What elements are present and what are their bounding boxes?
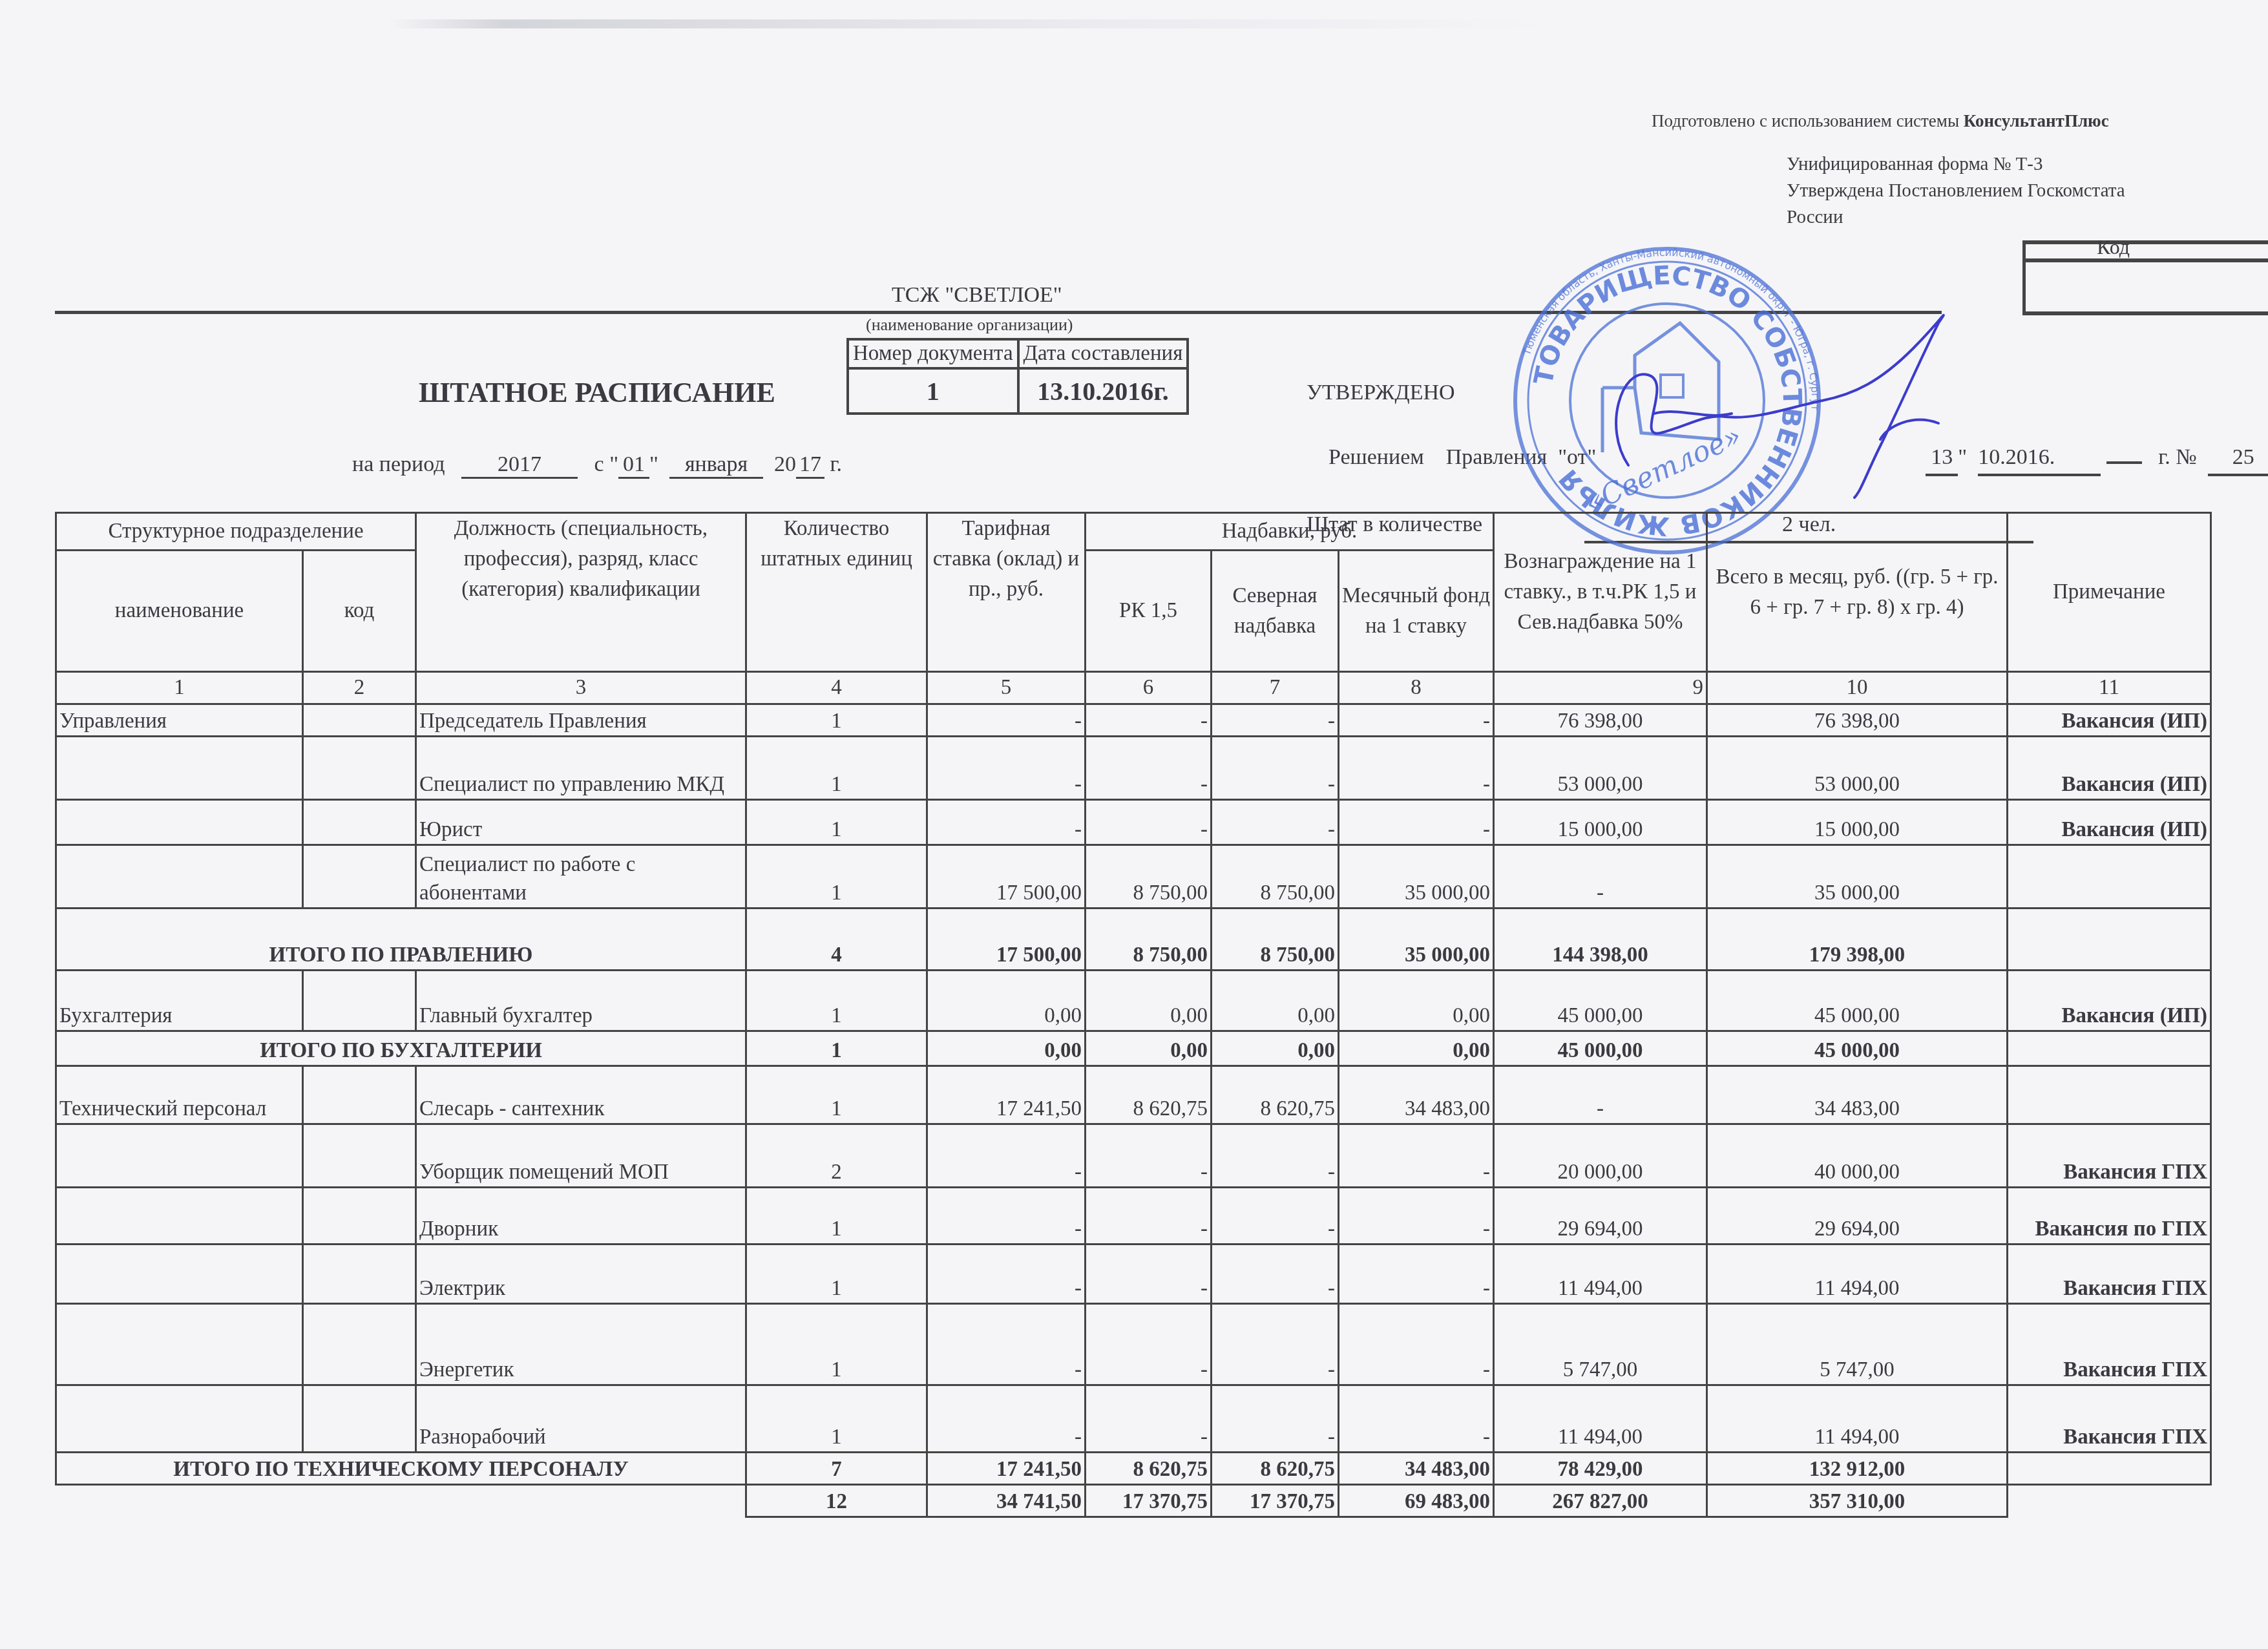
reward-cell: 45 000,00 xyxy=(1494,1031,1707,1066)
doc-number-label: Номер документа xyxy=(848,339,1018,368)
total-cell: 53 000,00 xyxy=(1707,737,2008,800)
total-cell: 179 398,00 xyxy=(1707,909,2008,971)
count-cell: 1 xyxy=(746,1066,927,1124)
monthly-fund-cell: 0,00 xyxy=(1339,971,1494,1031)
subtotal-label: ИТОГО ПО БУХГАЛТЕРИИ xyxy=(56,1031,746,1066)
unit-code-cell xyxy=(303,971,416,1031)
monthly-fund-cell: - xyxy=(1339,800,1494,845)
table-row: Технический персоналСлесарь - сантехник1… xyxy=(56,1066,2211,1124)
subtotal-row: ИТОГО ПО ТЕХНИЧЕСКОМУ ПЕРСОНАЛУ717 241,5… xyxy=(56,1453,2211,1485)
decision-number: 25 xyxy=(2208,441,2268,476)
doc-number: 1 xyxy=(848,368,1018,414)
doc-date: 13.10.2016г. xyxy=(1018,368,1188,414)
north-allowance-cell: - xyxy=(1212,1245,1339,1304)
period-year: 2017 xyxy=(461,452,578,479)
tariff-cell: - xyxy=(927,737,1086,800)
monthly-fund-cell: - xyxy=(1339,704,1494,737)
note-cell xyxy=(2008,909,2211,971)
period-day: 01 xyxy=(618,452,649,479)
form-line: Утверждена Постановлением Госкомстата xyxy=(1787,178,2125,204)
north-allowance-cell: 0,00 xyxy=(1212,971,1339,1031)
header-allowances: Надбавки, руб. xyxy=(1086,513,1494,551)
rk-cell: 8 620,75 xyxy=(1086,1453,1212,1485)
north-allowance-cell: - xyxy=(1212,1304,1339,1385)
total-cell: 11 494,00 xyxy=(1707,1385,2008,1453)
total-cell: 45 000,00 xyxy=(1707,1031,2008,1066)
tariff-cell: - xyxy=(927,704,1086,737)
divider xyxy=(2026,258,2268,262)
reward-cell: 11 494,00 xyxy=(1494,1385,1707,1453)
column-number: 9 xyxy=(1494,672,1707,704)
subtotal-label: ИТОГО ПО ПРАВЛЕНИЮ xyxy=(56,909,746,971)
note-cell: Вакансия (ИП) xyxy=(2008,704,2211,737)
total-cell: 357 310,00 xyxy=(1707,1485,2008,1517)
north-allowance-cell: 8 620,75 xyxy=(1212,1066,1339,1124)
table-row: Энергетик1----5 747,005 747,00Вакансия Г… xyxy=(56,1304,2211,1385)
note-cell: Вакансия ГПХ xyxy=(2008,1385,2211,1453)
reward-cell: - xyxy=(1494,845,1707,909)
header-monthly: Месячный фонд на 1 ставку xyxy=(1339,551,1494,672)
document-info-table: Номер документа Дата составления 1 13.10… xyxy=(846,338,1189,415)
monthly-fund-cell: - xyxy=(1339,1385,1494,1453)
table-row: Электрик1----11 494,0011 494,00Вакансия … xyxy=(56,1245,2211,1304)
form-meta: Унифицированная форма № Т-3 Утверждена П… xyxy=(1787,151,2125,231)
doc-date-label: Дата составления xyxy=(1018,339,1188,368)
header-rk: РК 1,5 xyxy=(1086,551,1212,672)
rk-cell: 8 750,00 xyxy=(1086,845,1212,909)
unit-code-cell xyxy=(303,800,416,845)
unit-code-cell xyxy=(303,845,416,909)
position-cell: Юрист xyxy=(416,800,746,845)
empty-cell xyxy=(2008,1485,2211,1517)
rk-cell: - xyxy=(1086,737,1212,800)
subtotal-row: ИТОГО ПО БУХГАЛТЕРИИ10,000,000,000,0045 … xyxy=(56,1031,2211,1066)
rk-cell: 0,00 xyxy=(1086,971,1212,1031)
total-cell: 76 398,00 xyxy=(1707,704,2008,737)
reward-cell: 45 000,00 xyxy=(1494,971,1707,1031)
count-cell: 1 xyxy=(746,1245,927,1304)
form-line: Унифицированная форма № Т-3 xyxy=(1787,151,2125,178)
unit-code-cell xyxy=(303,704,416,737)
quote: " xyxy=(649,452,658,476)
north-allowance-cell: 8 750,00 xyxy=(1212,845,1339,909)
note-cell: Вакансия ГПХ xyxy=(2008,1245,2211,1304)
rk-cell: 8 620,75 xyxy=(1086,1066,1212,1124)
north-allowance-cell: - xyxy=(1212,800,1339,845)
unit-code-cell xyxy=(303,1188,416,1245)
monthly-fund-cell: 34 483,00 xyxy=(1339,1453,1494,1485)
period-month: января xyxy=(669,452,763,479)
position-cell: Энергетик xyxy=(416,1304,746,1385)
position-cell: Уборщик помещений МОП xyxy=(416,1124,746,1188)
north-allowance-cell: - xyxy=(1212,1188,1339,1245)
unit-code-cell xyxy=(303,737,416,800)
position-cell: Председатель Правления xyxy=(416,704,746,737)
note-cell xyxy=(2008,1453,2211,1485)
total-cell: 5 747,00 xyxy=(1707,1304,2008,1385)
rk-cell: - xyxy=(1086,1245,1212,1304)
monthly-fund-cell: - xyxy=(1339,737,1494,800)
monthly-fund-cell: 35 000,00 xyxy=(1339,909,1494,971)
unit-name-cell xyxy=(56,737,303,800)
count-cell: 4 xyxy=(746,909,927,971)
unit-code-cell xyxy=(303,1124,416,1188)
north-allowance-cell: - xyxy=(1212,704,1339,737)
header-unit-code: код xyxy=(303,551,416,672)
north-allowance-cell: 17 370,75 xyxy=(1212,1485,1339,1517)
decision-number-label: г. № xyxy=(2158,445,2197,469)
code-box: Код xyxy=(2022,240,2268,315)
count-cell: 1 xyxy=(746,845,927,909)
count-cell: 7 xyxy=(746,1453,927,1485)
total-cell: 34 483,00 xyxy=(1707,1066,2008,1124)
rk-cell: 0,00 xyxy=(1086,1031,1212,1066)
count-cell: 1 xyxy=(746,1304,927,1385)
header-total: Всего в месяц, руб. ((гр. 5 + гр. 6 + гр… xyxy=(1707,513,2008,672)
monthly-fund-cell: - xyxy=(1339,1188,1494,1245)
tariff-cell: 17 500,00 xyxy=(927,845,1086,909)
organization-caption: (наименование организации) xyxy=(866,315,1073,335)
total-cell: 45 000,00 xyxy=(1707,971,2008,1031)
reward-cell: 15 000,00 xyxy=(1494,800,1707,845)
unit-name-cell xyxy=(56,1188,303,1245)
unit-name-cell xyxy=(56,1245,303,1304)
unit-name-cell: Бухгалтерия xyxy=(56,971,303,1031)
consultant-prefix: Подготовлено с использованием системы xyxy=(1652,111,1964,131)
grand-total-row: 1234 741,5017 370,7517 370,7569 483,0026… xyxy=(56,1485,2211,1517)
header-note: Примечание xyxy=(2008,513,2211,672)
rk-cell: - xyxy=(1086,800,1212,845)
count-cell: 2 xyxy=(746,1124,927,1188)
subtotal-label: ИТОГО ПО ТЕХНИЧЕСКОМУ ПЕРСОНАЛУ xyxy=(56,1453,746,1485)
count-cell: 1 xyxy=(746,971,927,1031)
header-structural-unit: Структурное подразделение xyxy=(56,513,416,551)
unit-code-cell xyxy=(303,1304,416,1385)
north-allowance-cell: - xyxy=(1212,1385,1339,1453)
consultant-note: Подготовлено с использованием системы Ко… xyxy=(1652,111,2109,131)
column-number: 6 xyxy=(1086,672,1212,704)
position-cell: Разнорабочий xyxy=(416,1385,746,1453)
tariff-cell: - xyxy=(927,1304,1086,1385)
unit-name-cell xyxy=(56,800,303,845)
count-cell: 12 xyxy=(746,1485,927,1517)
monthly-fund-cell: 34 483,00 xyxy=(1339,1066,1494,1124)
tariff-cell: - xyxy=(927,1245,1086,1304)
monthly-fund-cell: - xyxy=(1339,1304,1494,1385)
note-cell: Вакансия (ИП) xyxy=(2008,800,2211,845)
table-row: Дворник1----29 694,0029 694,00Вакансия п… xyxy=(56,1188,2211,1245)
staffing-table: Структурное подразделение Должность (спе… xyxy=(55,512,2212,1518)
rk-cell: - xyxy=(1086,704,1212,737)
tariff-cell: - xyxy=(927,1385,1086,1453)
divider xyxy=(2026,311,2268,315)
column-number: 7 xyxy=(1212,672,1339,704)
header-position: Должность (специальность, профессия), ра… xyxy=(416,513,746,672)
reward-cell: - xyxy=(1494,1066,1707,1124)
monthly-fund-cell: 69 483,00 xyxy=(1339,1485,1494,1517)
total-cell: 11 494,00 xyxy=(1707,1245,2008,1304)
reward-cell: 78 429,00 xyxy=(1494,1453,1707,1485)
total-cell: 132 912,00 xyxy=(1707,1453,2008,1485)
tariff-cell: - xyxy=(927,800,1086,845)
count-cell: 1 xyxy=(746,1031,927,1066)
tariff-cell: 17 241,50 xyxy=(927,1066,1086,1124)
unit-code-cell xyxy=(303,1245,416,1304)
monthly-fund-cell: 35 000,00 xyxy=(1339,845,1494,909)
tariff-cell: 17 241,50 xyxy=(927,1453,1086,1485)
unit-code-cell xyxy=(303,1385,416,1453)
position-cell: Дворник xyxy=(416,1188,746,1245)
position-cell: Слесарь - сантехник xyxy=(416,1066,746,1124)
code-label: Код xyxy=(2097,235,2130,259)
north-allowance-cell: 8 620,75 xyxy=(1212,1453,1339,1485)
unit-name-cell: Технический персонал xyxy=(56,1066,303,1124)
reward-cell: 144 398,00 xyxy=(1494,909,1707,971)
header-tariff: Тарифная ставка (оклад) и пр., руб. xyxy=(927,513,1086,672)
table-row: УправленияПредседатель Правления1----76 … xyxy=(56,704,2211,737)
period-from: с " xyxy=(594,452,618,476)
tariff-cell: 17 500,00 xyxy=(927,909,1086,971)
header-unit-name: наименование xyxy=(56,551,303,672)
unit-name-cell xyxy=(56,1385,303,1453)
rk-cell: - xyxy=(1086,1188,1212,1245)
unit-code-cell xyxy=(303,1066,416,1124)
note-cell: Вакансия по ГПХ xyxy=(2008,1188,2211,1245)
position-cell: Специалист по работе с абонентами xyxy=(416,845,746,909)
column-number: 1 xyxy=(56,672,303,704)
total-cell: 35 000,00 xyxy=(1707,845,2008,909)
note-cell xyxy=(2008,845,2211,909)
count-cell: 1 xyxy=(746,1188,927,1245)
column-number: 2 xyxy=(303,672,416,704)
reward-cell: 76 398,00 xyxy=(1494,704,1707,737)
north-allowance-cell: 0,00 xyxy=(1212,1031,1339,1066)
column-number: 10 xyxy=(1707,672,2008,704)
reward-cell: 11 494,00 xyxy=(1494,1245,1707,1304)
note-cell: Вакансия ГПХ xyxy=(2008,1124,2211,1188)
note-cell xyxy=(2008,1031,2211,1066)
tariff-cell: 0,00 xyxy=(927,971,1086,1031)
tariff-cell: 0,00 xyxy=(927,1031,1086,1066)
total-cell: 40 000,00 xyxy=(1707,1124,2008,1188)
total-cell: 15 000,00 xyxy=(1707,800,2008,845)
table-row: БухгалтерияГлавный бухгалтер10,000,000,0… xyxy=(56,971,2211,1031)
column-number: 5 xyxy=(927,672,1086,704)
period-year-unit: г. xyxy=(830,452,842,476)
period-year-suffix: 17 xyxy=(796,452,824,479)
north-allowance-cell: - xyxy=(1212,1124,1339,1188)
unit-name-cell xyxy=(56,1304,303,1385)
rk-cell: - xyxy=(1086,1304,1212,1385)
table-row: Специалист по управлению МКД1----53 000,… xyxy=(56,737,2211,800)
count-cell: 1 xyxy=(746,1385,927,1453)
header-north: Северная надбавка xyxy=(1212,551,1339,672)
header-reward: Вознаграждение на 1 ставку., в т.ч.РК 1,… xyxy=(1494,513,1707,672)
period-label: на период xyxy=(352,452,445,476)
document-title: ШТАТНОЕ РАСПИСАНИЕ xyxy=(419,376,775,409)
form-line: России xyxy=(1787,204,2125,231)
rk-cell: 8 750,00 xyxy=(1086,909,1212,971)
reward-cell: 5 747,00 xyxy=(1494,1304,1707,1385)
column-number: 11 xyxy=(2008,672,2211,704)
table-row: Разнорабочий1----11 494,0011 494,00Вакан… xyxy=(56,1385,2211,1453)
note-cell: Вакансия (ИП) xyxy=(2008,737,2211,800)
count-cell: 1 xyxy=(746,800,927,845)
reward-cell: 267 827,00 xyxy=(1494,1485,1707,1517)
unit-name-cell xyxy=(56,1124,303,1188)
north-allowance-cell: - xyxy=(1212,737,1339,800)
position-cell: Специалист по управлению МКД xyxy=(416,737,746,800)
monthly-fund-cell: - xyxy=(1339,1124,1494,1188)
organization-name: ТСЖ "СВЕТЛОЕ" xyxy=(892,283,1062,308)
rk-cell: - xyxy=(1086,1385,1212,1453)
table-row: Юрист1----15 000,0015 000,00Вакансия (ИП… xyxy=(56,800,2211,845)
consultant-brand: КонсультантПлюс xyxy=(1964,111,2109,131)
table-row: Специалист по работе с абонентами117 500… xyxy=(56,845,2211,909)
reward-cell: 53 000,00 xyxy=(1494,737,1707,800)
table-row: Уборщик помещений МОП2----20 000,0040 00… xyxy=(56,1124,2211,1188)
note-cell xyxy=(2008,1066,2211,1124)
note-cell: Вакансия ГПХ xyxy=(2008,1304,2211,1385)
monthly-fund-cell: 0,00 xyxy=(1339,1031,1494,1066)
count-cell: 1 xyxy=(746,704,927,737)
count-cell: 1 xyxy=(746,737,927,800)
signature-icon xyxy=(1577,310,1997,504)
column-number: 3 xyxy=(416,672,746,704)
tariff-cell: - xyxy=(927,1188,1086,1245)
unit-name-cell xyxy=(56,845,303,909)
scan-smear xyxy=(388,19,1551,28)
unit-name-cell: Управления xyxy=(56,704,303,737)
tariff-cell: - xyxy=(927,1124,1086,1188)
header-count: Количество штатных единиц xyxy=(746,513,927,672)
period-line: на период 2017 с "01" января 2017 г. xyxy=(352,452,842,479)
note-cell: Вакансия (ИП) xyxy=(2008,971,2211,1031)
reward-cell: 29 694,00 xyxy=(1494,1188,1707,1245)
blank xyxy=(2106,461,2142,464)
rk-cell: 17 370,75 xyxy=(1086,1485,1212,1517)
column-number: 4 xyxy=(746,672,927,704)
period-century: 20 xyxy=(774,452,796,476)
subtotal-row: ИТОГО ПО ПРАВЛЕНИЮ417 500,008 750,008 75… xyxy=(56,909,2211,971)
total-cell: 29 694,00 xyxy=(1707,1188,2008,1245)
monthly-fund-cell: - xyxy=(1339,1245,1494,1304)
rk-cell: - xyxy=(1086,1124,1212,1188)
position-cell: Главный бухгалтер xyxy=(416,971,746,1031)
position-cell: Электрик xyxy=(416,1245,746,1304)
tariff-cell: 34 741,50 xyxy=(927,1485,1086,1517)
reward-cell: 20 000,00 xyxy=(1494,1124,1707,1188)
empty-cell xyxy=(56,1485,746,1517)
north-allowance-cell: 8 750,00 xyxy=(1212,909,1339,971)
column-number: 8 xyxy=(1339,672,1494,704)
